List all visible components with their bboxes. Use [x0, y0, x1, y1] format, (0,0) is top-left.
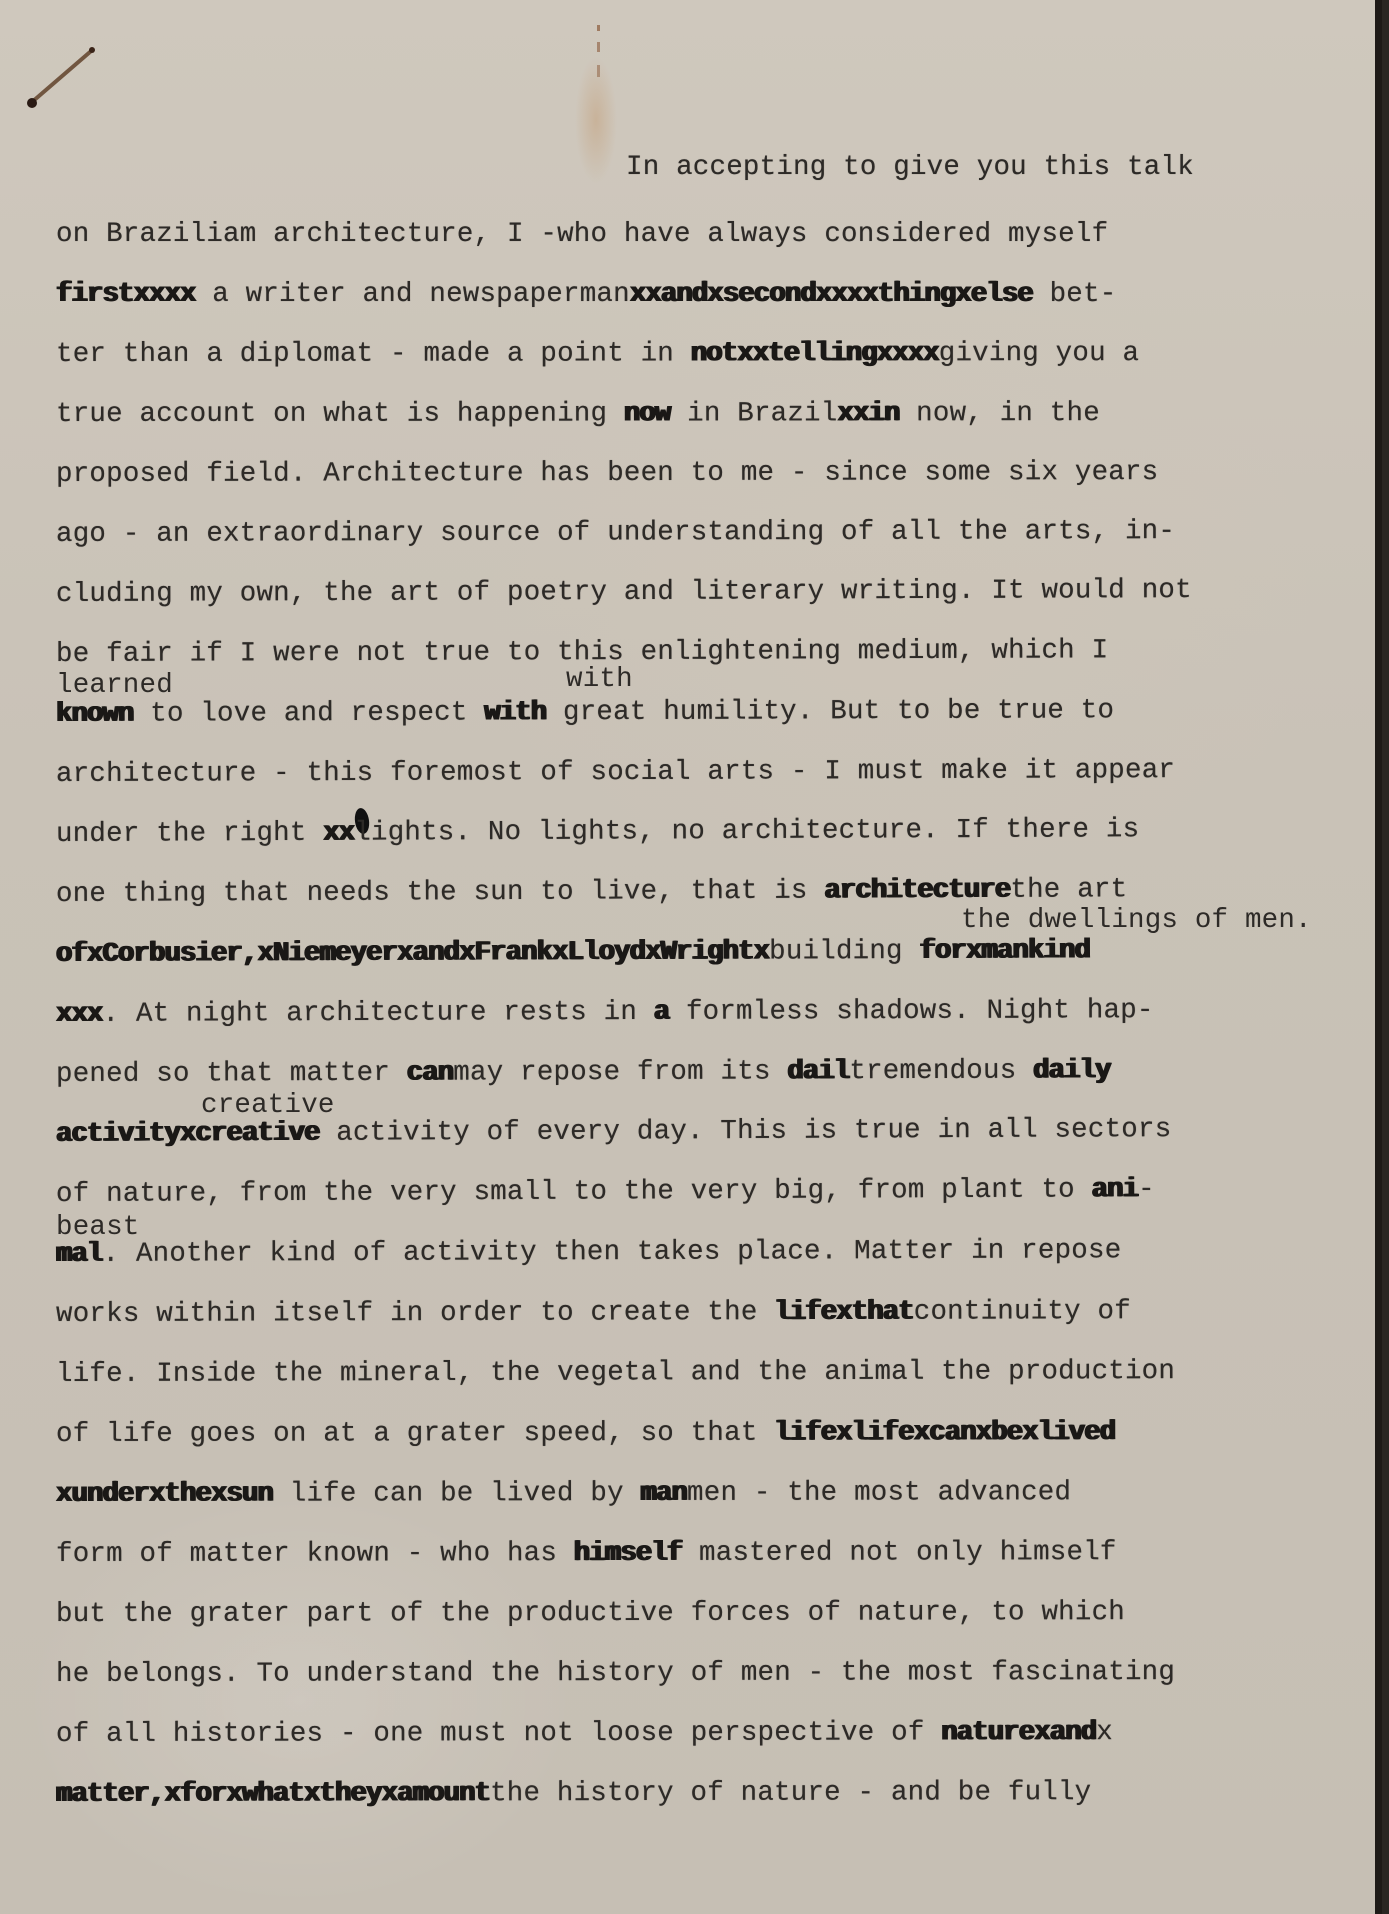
struck-out-text: ofxCorbusier,xNiemeyerxandxFrankxLloydxW… — [56, 937, 769, 970]
typed-line: he belongs. To understand the history of… — [56, 1658, 1175, 1690]
typed-text: x — [1096, 1717, 1113, 1748]
typed-text: of life goes on at a grater speed, so th… — [56, 1418, 774, 1450]
typed-line: form of matter known - who has himself m… — [56, 1538, 1117, 1570]
interlinear-insertion: beast — [56, 1215, 140, 1241]
typed-line: of life goes on at a grater speed, so th… — [56, 1418, 1115, 1450]
typed-text: on Braziliam architecture, I -who have a… — [56, 219, 1108, 250]
typed-line: ofxCorbusier,xNiemeyerxandxFrankxLloydxW… — [56, 936, 1090, 970]
typed-line: ter than a diplomat - made a point in no… — [56, 339, 1139, 370]
typed-text: of all histories - one must not loose pe… — [56, 1717, 941, 1750]
typed-line: works within itself in order to create t… — [56, 1297, 1131, 1330]
typed-line: ago - an extraordinary source of underst… — [56, 517, 1175, 550]
interlinear-insertion: the dwellings of men. — [961, 908, 1312, 934]
typed-text: under the right — [56, 818, 323, 850]
typed-text: - — [1138, 1174, 1155, 1205]
interlinear-insertion: creative — [201, 1093, 335, 1119]
typed-line: firstxxxx a writer and newspapermanxxand… — [56, 280, 1116, 310]
typed-text: the history of nature - and be fully — [490, 1777, 1091, 1809]
typed-text: now, in the — [899, 398, 1099, 429]
typed-line: true account on what is happening now in… — [56, 399, 1100, 430]
struck-out-text: xxx — [56, 999, 103, 1030]
typed-text: life can be lived by — [273, 1478, 641, 1510]
struck-out-text: dail — [787, 1056, 849, 1087]
struck-out-text: firstxxxx — [56, 279, 196, 310]
struck-out-text: can — [407, 1058, 454, 1089]
typed-line: xunderxthexsun life can be lived by manm… — [56, 1478, 1071, 1510]
typed-text: architecture - this foremost of social a… — [56, 755, 1175, 790]
struck-out-text: man — [640, 1478, 687, 1509]
typed-line: life. Inside the mineral, the vegetal an… — [56, 1357, 1175, 1390]
struck-out-text: now — [624, 398, 671, 429]
struck-out-text: ani — [1091, 1174, 1138, 1205]
typed-text: but the grater part of the productive fo… — [56, 1597, 1125, 1630]
typed-text: activity of every day. This is true in a… — [319, 1114, 1171, 1149]
typed-text: a writer and newspaperman — [196, 279, 630, 310]
struck-out-text: daily — [1033, 1055, 1111, 1086]
typed-line: architecture - this foremost of social a… — [56, 756, 1175, 790]
typed-text: . At night architecture rests in — [102, 997, 653, 1030]
struck-out-text: himself — [574, 1538, 683, 1569]
struck-out-text: xunderxthexsun — [56, 1479, 273, 1510]
typed-text: ter than a diplomat - made a point in — [56, 338, 691, 370]
typed-line: matter,xforxwhatxtheyxamountthe history … — [56, 1778, 1091, 1810]
typed-line: cluding my own, the art of poetry and li… — [56, 576, 1192, 610]
typed-text: continuity of — [914, 1296, 1131, 1328]
interlinear-insertion: with — [566, 667, 633, 693]
typed-text: to love and respect — [133, 698, 484, 730]
typed-text: of nature, from the very small to the ve… — [56, 1174, 1092, 1210]
typed-line: pened so that matter canmay repose from … — [56, 1056, 1111, 1090]
typed-text: proposed field. Architecture has been to… — [56, 457, 1158, 490]
struck-out-text: forxmankind — [919, 935, 1090, 967]
typed-line: xxx. At night architecture rests in a fo… — [56, 996, 1154, 1030]
typed-text: true account on what is happening — [56, 399, 624, 430]
typed-text: lights. No lights, no architecture. If t… — [354, 814, 1139, 848]
typed-text: may repose from its — [453, 1056, 787, 1088]
typed-text: life. Inside the mineral, the vegetal an… — [56, 1356, 1175, 1390]
staple-holes-mark — [588, 20, 608, 100]
typed-text: formless shadows. Night hap- — [669, 995, 1153, 1028]
page-edge-shadow — [1375, 0, 1382, 1914]
typed-text: tremendous — [849, 1056, 1033, 1088]
typed-line: mal. Another kind of activity then takes… — [56, 1236, 1121, 1270]
struck-out-text: naturexand — [941, 1717, 1096, 1748]
typed-text: In accepting to give you this talk — [626, 152, 1194, 183]
typed-line: under the right xxlights. No lights, no … — [56, 815, 1139, 850]
typed-text: cluding my own, the art of poetry and li… — [56, 575, 1192, 610]
typed-line: known to love and respect with great hum… — [56, 696, 1114, 730]
typed-text: bet- — [1033, 279, 1117, 310]
struck-out-text: xxandxsecondxxxxthingxelse — [630, 279, 1033, 310]
typed-text: giving you a — [939, 338, 1139, 369]
struck-out-text: a — [654, 997, 670, 1028]
struck-out-text: known — [56, 699, 134, 730]
struck-out-text: xx — [323, 818, 354, 849]
typed-line: but the grater part of the productive fo… — [56, 1598, 1125, 1630]
typed-line: In accepting to give you this talk — [626, 153, 1194, 183]
typed-text: form of matter known - who has — [56, 1538, 574, 1570]
typed-text: . Another kind of activity then takes pl… — [102, 1235, 1121, 1270]
typed-text: ago - an extraordinary source of underst… — [56, 516, 1175, 550]
typed-text: great humility. But to be true to — [546, 695, 1114, 728]
typed-line: of nature, from the very small to the ve… — [56, 1175, 1155, 1210]
struck-out-text: lifexthat — [774, 1297, 914, 1328]
struck-out-text: with — [484, 697, 546, 728]
rust-stain-mark — [22, 40, 102, 110]
typed-line: on Braziliam architecture, I -who have a… — [56, 220, 1108, 250]
struck-out-text: xxin — [837, 398, 899, 429]
typed-text: building — [769, 936, 919, 968]
struck-out-text: lifexlifexcanxbexlived — [774, 1417, 1115, 1449]
struck-out-text: matter,xforxwhatxtheyxamount — [56, 1778, 490, 1810]
typed-text: pened so that matter — [56, 1058, 407, 1090]
struck-out-text: notxxtellingxxxx — [691, 338, 939, 369]
interlinear-insertion: learned — [56, 673, 173, 699]
struck-out-text: mal — [56, 1239, 103, 1270]
typed-text: he belongs. To understand the history of… — [56, 1657, 1175, 1690]
typed-line: proposed field. Architecture has been to… — [56, 458, 1158, 490]
typed-text: mastered not only himself — [682, 1537, 1116, 1569]
typed-text: the art — [1010, 874, 1127, 906]
typewritten-page: In accepting to give you this talkon Bra… — [0, 0, 1382, 1914]
typed-text: one thing that needs the sun to live, th… — [56, 876, 824, 910]
struck-out-text: architecture — [824, 875, 1010, 907]
typed-text: in Brazil — [670, 398, 837, 429]
typed-line: of all histories - one must not loose pe… — [56, 1718, 1113, 1750]
typed-text: works within itself in order to create t… — [56, 1297, 774, 1330]
struck-out-text: activityxcreative — [56, 1118, 320, 1150]
typed-text: men - the most advanced — [687, 1477, 1071, 1509]
